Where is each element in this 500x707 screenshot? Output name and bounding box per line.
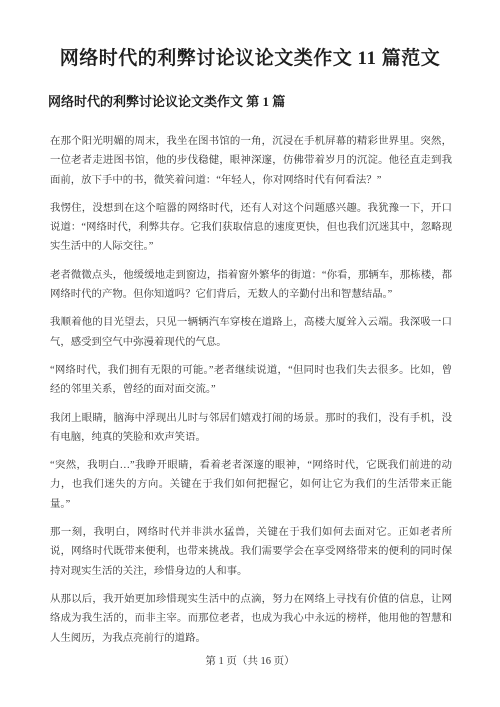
essay-paragraph: 那一刻，我明白，网络时代并非洪水猛兽，关键在于我们如何去面对它。正如老者所说，网… <box>50 523 452 581</box>
essay-paragraph: 我顺着他的目光望去，只见一辆辆汽车穿梭在道路上，高楼大厦耸入云端。我深吸一口气，… <box>50 313 452 352</box>
document-page: 网络时代的利弊讨论议论文类作文 11 篇范文 网络时代的利弊讨论议论文类作文 第… <box>0 0 500 707</box>
essay-paragraph: 我愣住，没想到在这个喧嚣的网络时代，还有人对这个问题感兴趣。我犹豫一下，开口说道… <box>50 199 452 257</box>
essay-paragraph: 在那个阳光明媚的周末，我坐在图书馆的一角，沉浸在手机屏幕的精彩世界里。突然，一位… <box>50 132 452 190</box>
section-heading: 网络时代的利弊讨论议论文类作文 第 1 篇 <box>48 93 452 110</box>
page-title: 网络时代的利弊讨论议论文类作文 11 篇范文 <box>0 0 500 72</box>
essay-paragraph: 从那以后，我开始更加珍惜现实生活中的点滴，努力在网络上寻找有价值的信息，让网络成… <box>50 590 452 648</box>
essay-paragraph: “突然，我明白…”我睁开眼睛，看着老者深邃的眼神，“网络时代，它既我们前进的动力… <box>50 456 452 514</box>
essay-paragraph: 老者微微点头，他缓缓地走到窗边，指着窗外繁华的街道：“你看，那辆车，那栋楼，都网… <box>50 266 452 305</box>
page-number: 第 1 页（共 16 页） <box>0 653 500 668</box>
essay-paragraph: 我闭上眼睛，脑海中浮现出儿时与邻居们嬉戏打闹的场景。那时的我们，没有手机，没有电… <box>50 409 452 448</box>
essay-paragraph: “网络时代，我们拥有无限的可能。”老者继续说道，“但同时也我们失去很多。比如，曾… <box>50 361 452 400</box>
essay-body: 在那个阳光明媚的周末，我坐在图书馆的一角，沉浸在手机屏幕的精彩世界里。突然，一位… <box>50 132 452 648</box>
